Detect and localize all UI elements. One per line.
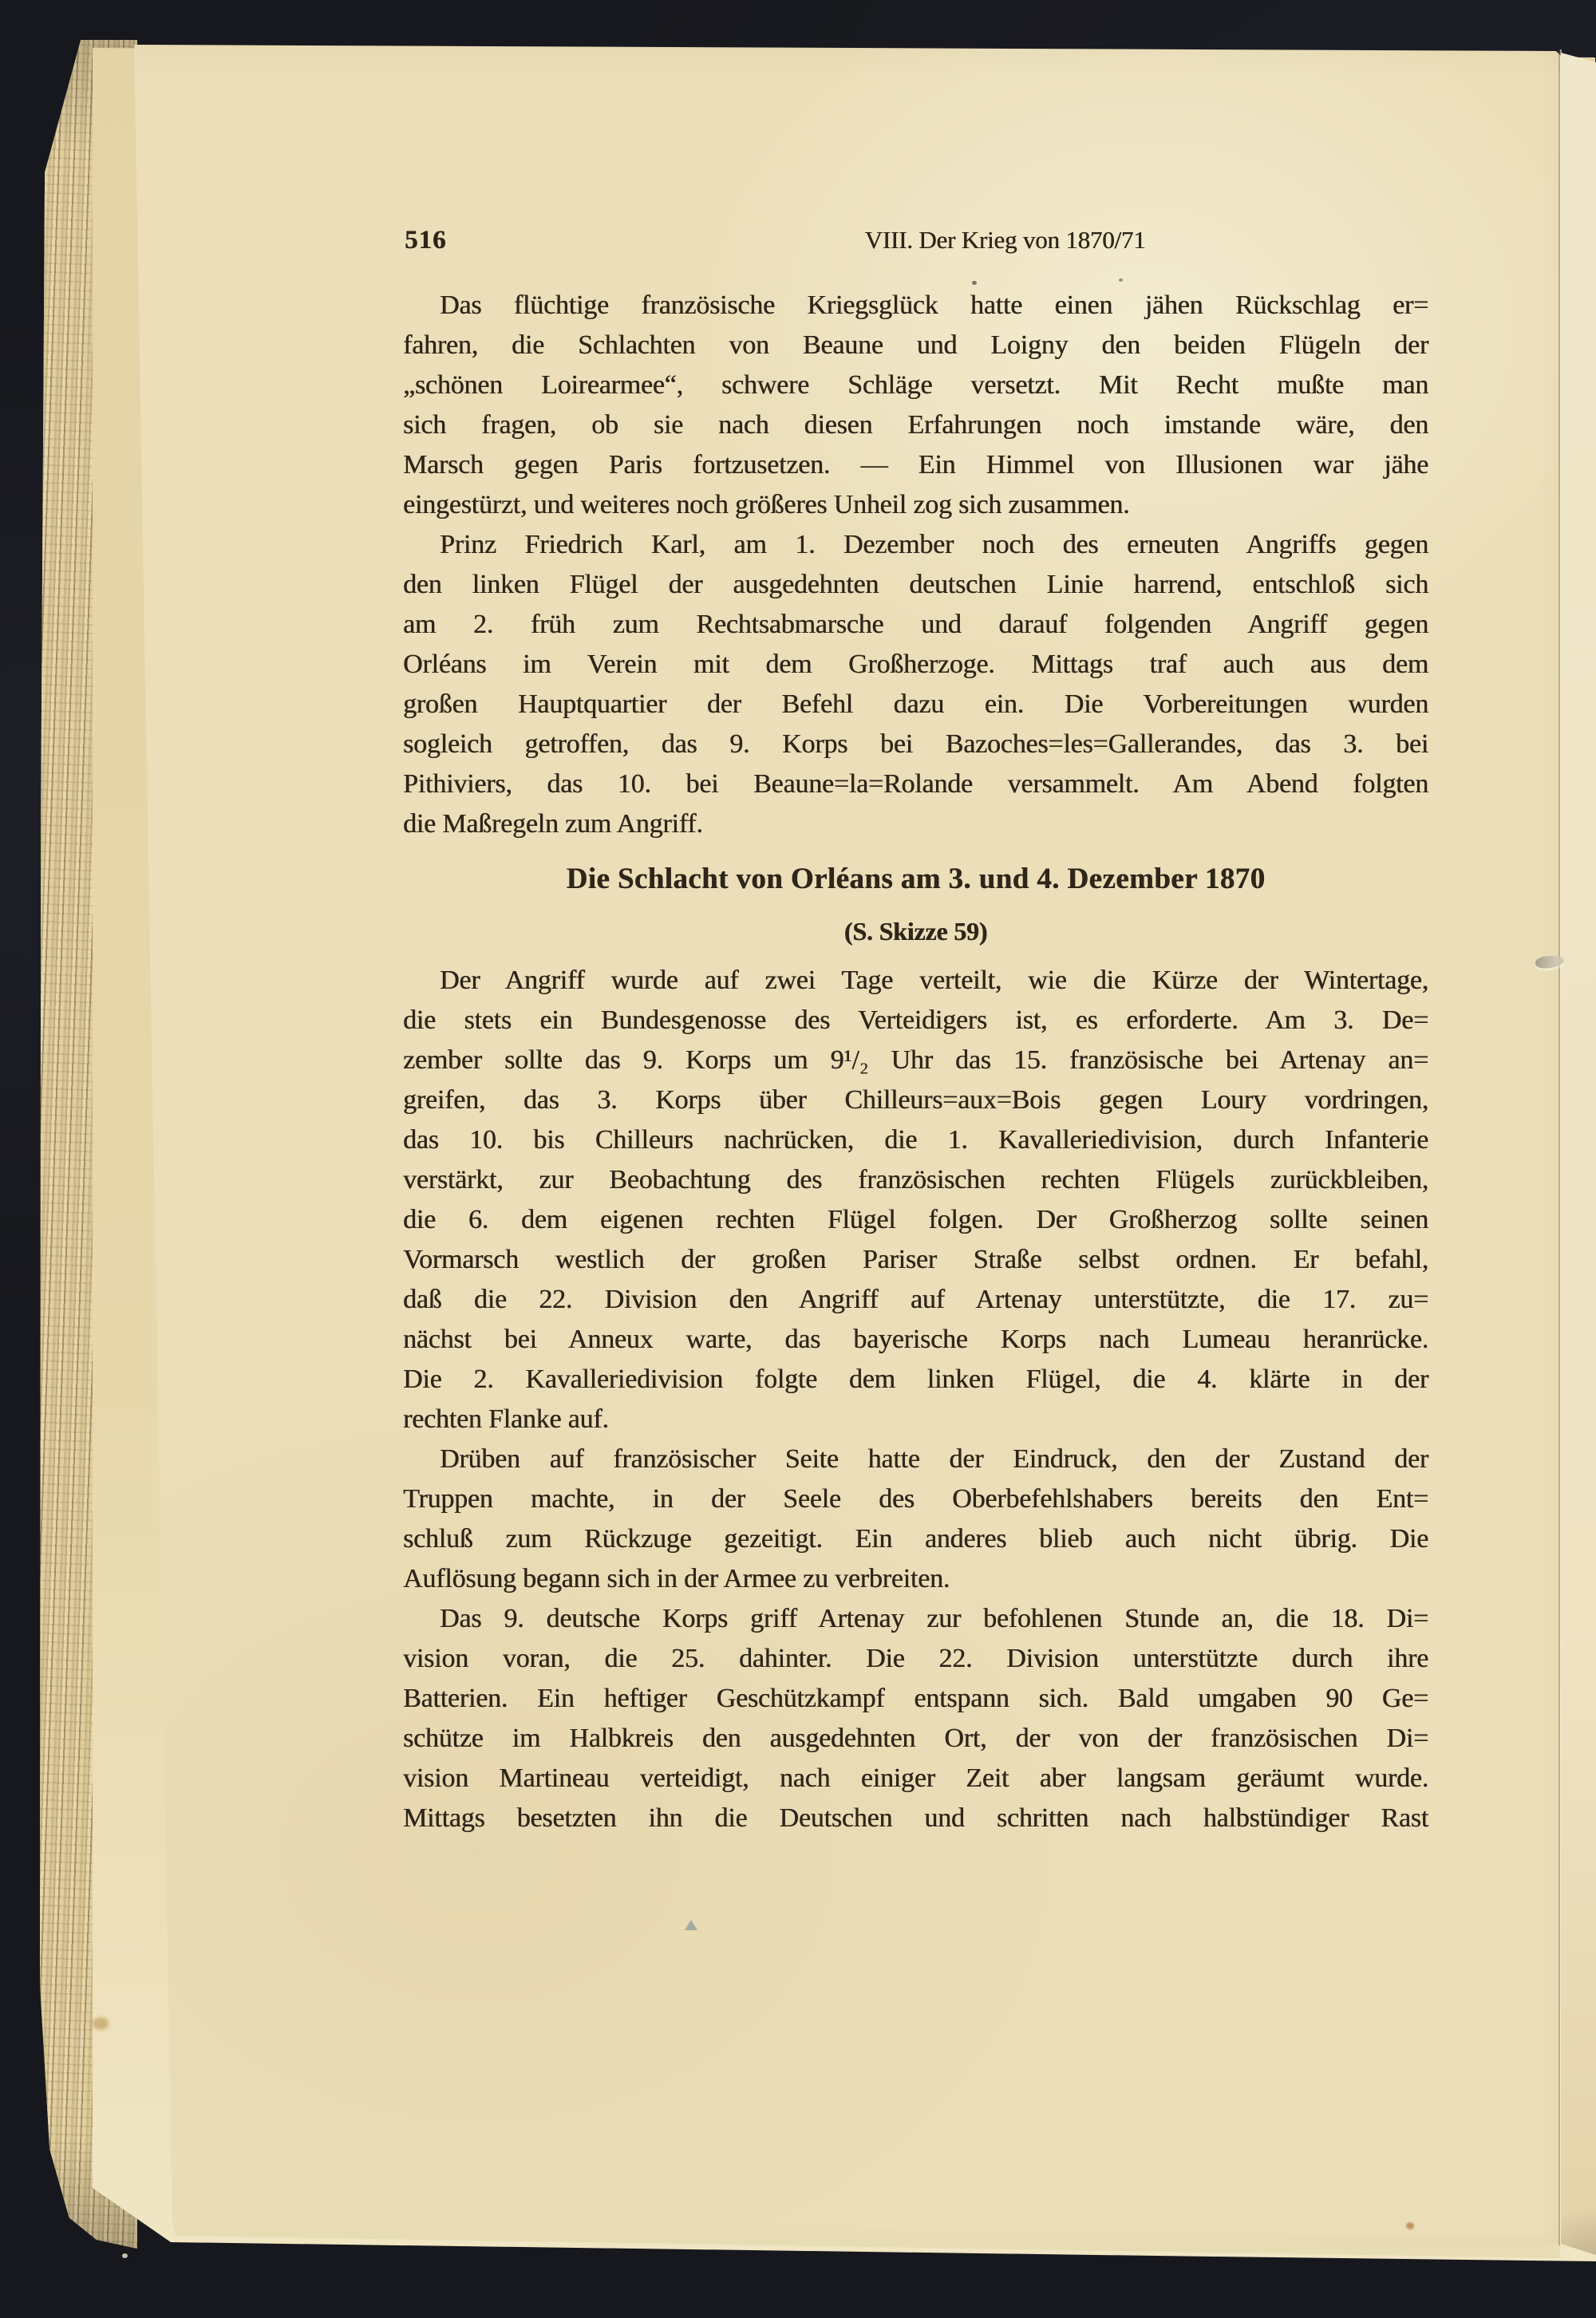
text-line: Batterien. Ein heftiger Geschützkampf en… [403,1679,1428,1719]
text-line: fahren, die Schlachten von Beaune und Lo… [403,326,1428,365]
text-line: nächst bei Anneux warte, das bayerische … [403,1320,1428,1360]
text-line: Mittags besetzten ihn die Deutschen und … [403,1799,1428,1838]
text-line: Prinz Friedrich Karl, am 1. Dezember noc… [403,525,1428,565]
text-line: den linken Flügel der ausgedehnten deuts… [403,565,1428,605]
text-line: Die 2. Kavalleriedivision folgte dem lin… [403,1360,1428,1400]
text-line: großen Hauptquartier der Befehl dazu ein… [403,685,1428,725]
text-line: greifen, das 3. Korps über Chilleurs=aux… [403,1080,1428,1120]
text-line: Orléans im Verein mit dem Großherzoge. M… [403,645,1428,685]
text-line: Das flüchtige französische Kriegsglück h… [403,286,1428,326]
text-line: Der Angriff wurde auf zwei Tage verteilt… [403,961,1428,1001]
text-line: Drüben auf französischer Seite hatte der… [403,1439,1428,1479]
text-line: schütze im Halbkreis den ausgedehnten Or… [403,1719,1428,1759]
text-line: „schönen Loirearmee“, schwere Schläge ve… [403,365,1428,405]
text-line: Die Schlacht von Orléans am 3. und 4. De… [403,857,1428,902]
section-subheading: (S. Skizze 59) [403,911,1428,951]
paragraph: Drüben auf französischer Seite hatte der… [403,1439,1428,1599]
dust-speck [122,2253,128,2258]
text-line: Auflösung begann sich in der Armee zu ve… [403,1559,1428,1599]
running-head-row: 516 VIII. Der Krieg von 1870/71 [403,220,1428,260]
page-number: 516 [405,220,447,260]
text-line: daß die 22. Division den Angriff auf Art… [403,1280,1428,1320]
text-line: das 10. bis Chilleurs nachrücken, die 1.… [403,1120,1428,1160]
text-line: am 2. früh zum Rechtsabmarsche und darau… [403,605,1428,645]
text-line: rechten Flanke auf. [403,1400,1428,1439]
paragraph: Prinz Friedrich Karl, am 1. Dezember noc… [403,525,1428,844]
foxing-spot [1406,2222,1414,2229]
text-column: 516 VIII. Der Krieg von 1870/71 Das flüc… [403,220,1428,1838]
paragraph: Der Angriff wurde auf zwei Tage verteilt… [403,961,1428,1439]
section-heading: Die Schlacht von Orléans am 3. und 4. De… [403,857,1428,902]
text-line: zember sollte das 9. Korps um 9¹/₂ Uhr d… [403,1041,1428,1080]
paragraph: Das flüchtige französische Kriegsglück h… [403,286,1428,525]
text-line: die stets ein Bundesgenosse des Verteidi… [403,1001,1428,1041]
text-blocks: Das flüchtige französische Kriegsglück h… [403,286,1428,1838]
text-line: schluß zum Rückzuge gezeitigt. Ein ander… [403,1519,1428,1559]
text-line: die Maßregeln zum Angriff. [403,804,1428,844]
text-line: sogleich getroffen, das 9. Korps bei Baz… [403,725,1428,764]
text-line: Pithiviers, das 10. bei Beaune=la=Roland… [403,764,1428,804]
text-line: (S. Skizze 59) [403,911,1428,951]
paragraph: Das 9. deutsche Korps griff Artenay zur … [403,1599,1428,1838]
foxing-spot [93,2017,109,2030]
text-line: sich fragen, ob sie nach diesen Erfahrun… [403,405,1428,445]
text-line: Truppen machte, in der Seele des Oberbef… [403,1479,1428,1519]
text-line: Das 9. deutsche Korps griff Artenay zur … [403,1599,1428,1639]
scanned-book-photo: 516 VIII. Der Krieg von 1870/71 Das flüc… [0,0,1596,2318]
text-line: eingestürzt, und weiteres noch größeres … [403,485,1428,525]
text-line: vision voran, die 25. dahinter. Die 22. … [403,1639,1428,1679]
text-line: verstärkt, zur Beobachtung des französis… [403,1160,1428,1200]
running-header: VIII. Der Krieg von 1870/71 [492,220,1518,260]
text-line: vision Martineau verteidigt, nach einige… [403,1759,1428,1799]
text-line: die 6. dem eigenen rechten Flügel folgen… [403,1200,1428,1240]
text-line: Vormarsch westlich der großen Pariser St… [403,1240,1428,1280]
text-line: Marsch gegen Paris fortzusetzen. — Ein H… [403,445,1428,485]
